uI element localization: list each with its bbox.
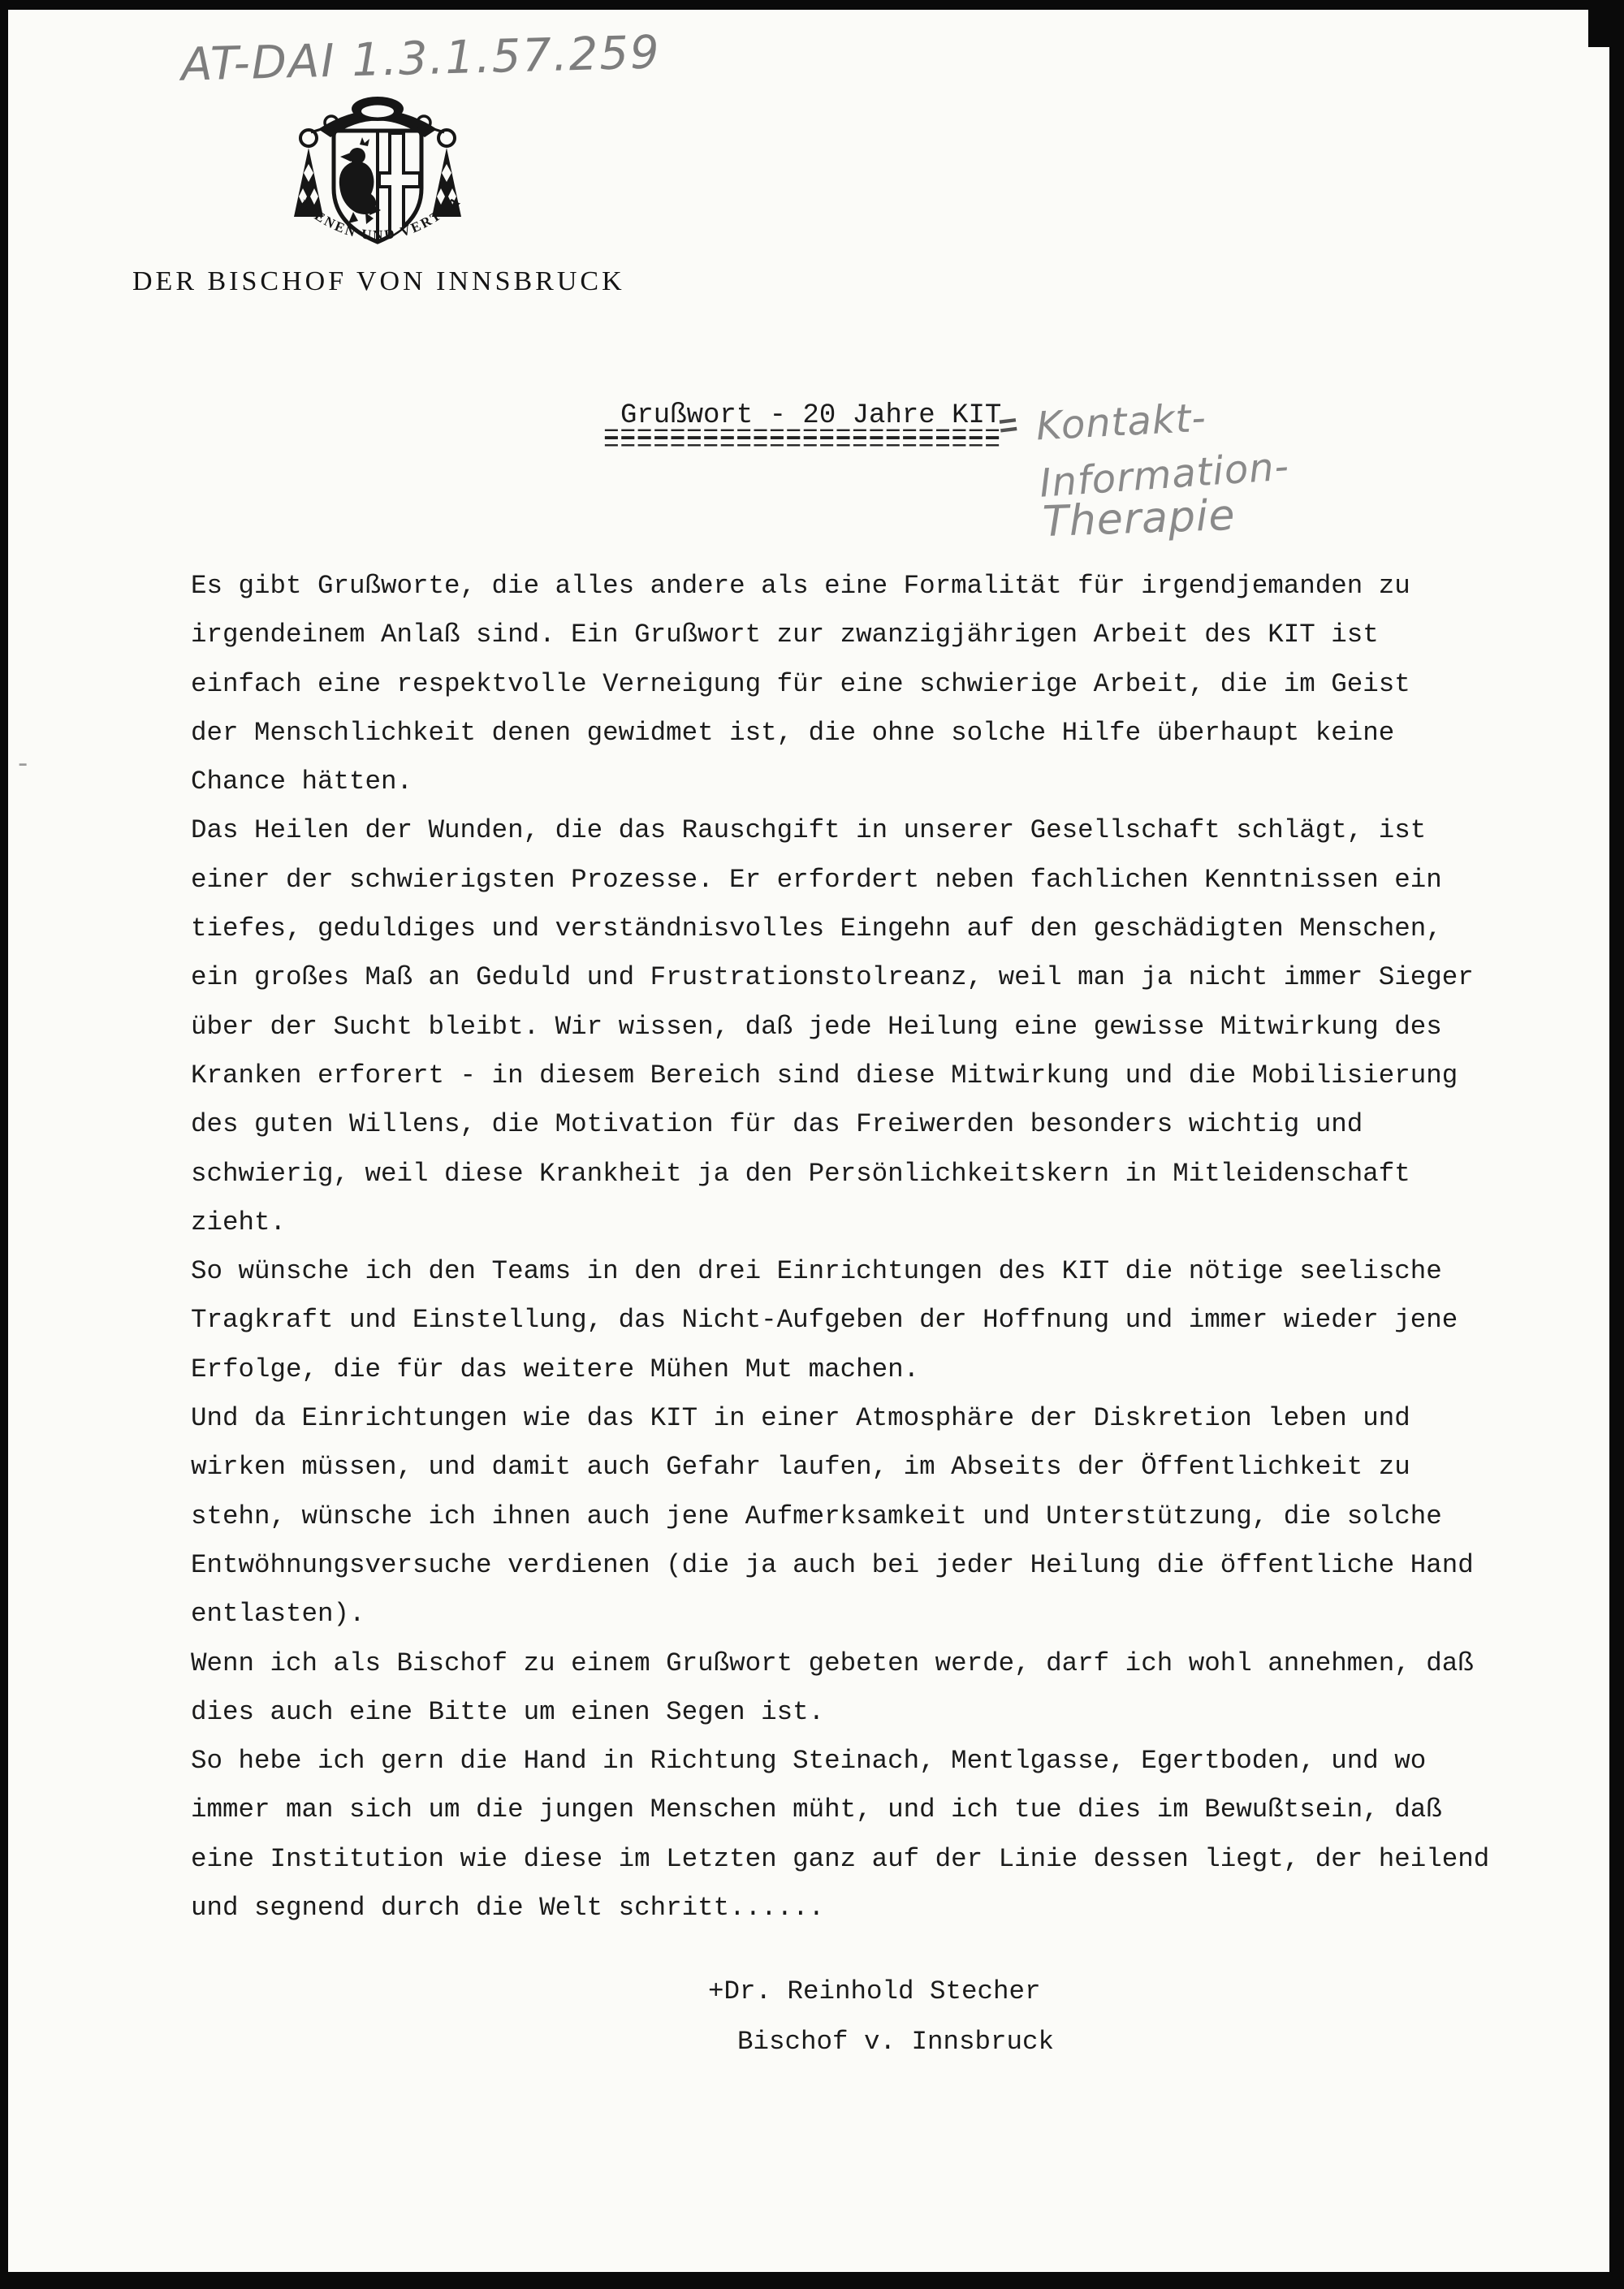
- body-line: So wünsche ich den Teams in den drei Ein…: [191, 1247, 1555, 1296]
- body-line: wirken müssen, und damit auch Gefahr lau…: [191, 1443, 1555, 1492]
- body-line: einfach eine respektvolle Verneigung für…: [191, 660, 1555, 709]
- body-line: über der Sucht bleibt. Wir wissen, daß j…: [191, 1003, 1555, 1052]
- scan-border: AT-DAI 1.3.1.57.259: [0, 0, 1624, 2289]
- body-line: entlasten).: [191, 1590, 1555, 1639]
- body-line: Erfolge, die für das weitere Mühen Mut m…: [191, 1345, 1555, 1394]
- body-line: Tragkraft und Einstellung, das Nicht-Auf…: [191, 1296, 1555, 1345]
- body-text: Es gibt Grußworte, die alles andere als …: [191, 562, 1555, 1933]
- body-line: stehn, wünsche ich ihnen auch jene Aufme…: [191, 1492, 1555, 1541]
- annotation-handwriting-line: Kontakt-: [1035, 395, 1207, 450]
- archive-reference-handwriting: AT-DAI 1.3.1.57.259: [180, 26, 661, 91]
- body-line: zieht.: [191, 1198, 1555, 1247]
- body-line: schwierig, weil diese Krankheit ja den P…: [191, 1150, 1555, 1198]
- signature-name: +Dr. Reinhold Stecher: [708, 1976, 1041, 2006]
- title-underline: ========================: [603, 429, 1001, 459]
- annotation-handwriting-line: Therapie: [1042, 491, 1236, 546]
- body-line: Chance hätten.: [191, 758, 1555, 806]
- document-page: AT-DAI 1.3.1.57.259: [8, 10, 1609, 2272]
- body-line: und segnend durch die Welt schritt......: [191, 1884, 1555, 1933]
- body-line: einer der schwierigsten Prozesse. Er erf…: [191, 856, 1555, 905]
- annotation-equals-sign: =: [996, 407, 1020, 446]
- body-line: Das Heilen der Wunden, die das Rauschgif…: [191, 806, 1555, 855]
- body-line: Wenn ich als Bischof zu einem Grußwort g…: [191, 1639, 1555, 1688]
- coat-of-arms: DIENEN UND VERTRAUEN: [276, 84, 479, 263]
- body-line: Und da Einrichtungen wie das KIT in eine…: [191, 1394, 1555, 1443]
- body-line: des guten Willens, die Motivation für da…: [191, 1100, 1555, 1149]
- body-line: So hebe ich gern die Hand in Richtung St…: [191, 1737, 1555, 1786]
- body-line: ein großes Maß an Geduld und Frustration…: [191, 953, 1555, 1002]
- body-line: immer man sich um die jungen Menschen mü…: [191, 1786, 1555, 1834]
- body-line: tiefes, geduldiges und verständnisvolles…: [191, 905, 1555, 953]
- body-line: Kranken erforert - in diesem Bereich sin…: [191, 1052, 1555, 1100]
- signature-title: Bischof v. Innsbruck: [737, 2027, 1054, 2057]
- body-line: eine Institution wie diese im Letzten ga…: [191, 1835, 1555, 1884]
- body-line: Es gibt Grußworte, die alles andere als …: [191, 562, 1555, 611]
- margin-pencil-mark: -: [18, 747, 28, 780]
- body-line: Entwöhnungsversuche verdienen (die ja au…: [191, 1541, 1555, 1590]
- body-line: der Menschlichkeit denen gewidmet ist, d…: [191, 709, 1555, 758]
- body-line: irgendeinem Anlaß sind. Ein Grußwort zur…: [191, 611, 1555, 659]
- scan-artifact-corner: [1588, 10, 1609, 47]
- body-line: dies auch eine Bitte um einen Segen ist.: [191, 1688, 1555, 1737]
- letterhead-title: DER BISCHOF VON INNSBRUCK: [132, 266, 625, 297]
